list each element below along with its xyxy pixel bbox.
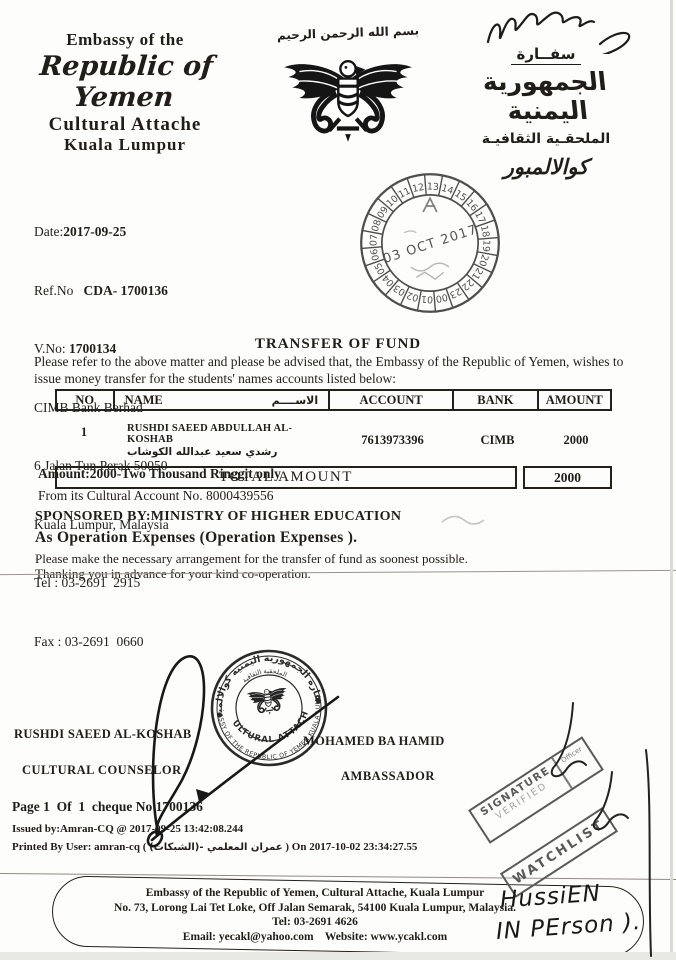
cell-name: RUSHDI SAEED ABDULLAH AL-KOSHAB رشدي سعي… <box>113 423 330 458</box>
embassy-line3: Cultural Attache <box>16 114 234 136</box>
sponsored-by-line: SPONSORED BY:MINISTRY OF HIGHER EDUCATIO… <box>35 509 401 525</box>
faint-arabic-scribble <box>442 516 484 524</box>
printed-arabic-name: عمران المعلمي -(الشبكات) <box>149 842 282 853</box>
stamp-hour-number: 12 <box>411 182 425 195</box>
bismillah-calligraphy: بسم الله الرحمن الرحيم <box>258 23 438 43</box>
embassy-header-english: Embassy of the Republic of Yemen Cultura… <box>16 30 234 155</box>
student-name-en: RUSHDI SAEED ABDULLAH AL-KOSHAB <box>127 423 330 445</box>
yemen-coat-of-arms-icon <box>278 48 418 166</box>
stamp-hour-number: 01 <box>421 293 434 305</box>
footer-line1: Embassy of the Republic of Yemen, Cultur… <box>80 886 550 901</box>
student-name-ar: رشدي سعيد عبدالله الكوشاب <box>127 446 277 458</box>
cell-account: 7613973396 <box>330 423 455 458</box>
date-value: 2017-09-25 <box>63 224 126 239</box>
header-name-en: NAME <box>125 393 163 408</box>
printed-prefix: Printed By User: amran-cq ( <box>12 841 149 853</box>
embassy-line4: Kuala Lumpur <box>16 135 234 155</box>
header-bank: BANK <box>454 391 538 409</box>
arabic-cultural-attache: الملحقـية الثقافيـة <box>440 131 652 147</box>
stamp-hour-number: 13 <box>427 181 440 193</box>
date-label: Date: <box>34 224 63 239</box>
stamp-center-date: 03 OCT 2017 <box>381 222 479 267</box>
request-line: Please make the necessary arrangement fo… <box>35 551 468 567</box>
document-title: TRANSFER OF FUND <box>0 336 676 353</box>
cell-bank: CIMB <box>455 423 540 458</box>
stamp-hour-number: 07 <box>368 234 380 247</box>
ref-label: Ref.No <box>34 283 73 298</box>
document-page: Embassy of the Republic of Yemen Cultura… <box>0 0 676 960</box>
footer-line2: No. 73, Lorong Lai Tet Loke, Off Jalan S… <box>80 901 550 916</box>
arabic-republic-of-yemen: الجمهورية اليمنية <box>437 67 655 125</box>
received-date-stamp: 0001020304050607080910111213141516171819… <box>344 157 516 329</box>
header-amount: AMOUNT <box>539 391 610 409</box>
intro-line2: issue money transfer for the students' n… <box>34 371 666 388</box>
printed-by-line: Printed By User: amran-cq ( عمران المعلم… <box>12 841 417 853</box>
counselor-name: RUSHDI SAEED AL-KOSHAB <box>14 727 191 742</box>
stamp-hour-number: 00 <box>435 291 449 304</box>
cell-amount: 2000 <box>540 423 612 458</box>
embassy-line1: Embassy of the <box>16 30 234 50</box>
signature-word: SIGNATURE <box>472 761 559 823</box>
cell-no: 1 <box>55 423 113 458</box>
scan-edge-bottom <box>0 952 676 960</box>
header-name: NAME الاســــم <box>115 391 331 409</box>
embassy-round-seal: سفارة الجمهورية اليمنية كوالالمبور الملح… <box>201 640 337 776</box>
stamp-hour-number: 06 <box>369 248 382 262</box>
footer-line3: Tel: 03-2691 4626 <box>80 915 550 930</box>
stamp-hour-number: 18 <box>478 224 491 238</box>
intro-line1: Please refer to the above matter and ple… <box>34 354 666 371</box>
operation-expenses-line: As Operation Expenses (Operation Expense… <box>35 529 357 547</box>
header-no: NO <box>57 391 115 409</box>
signature-verified-text: SIGNATURE VERIFIED <box>471 759 571 841</box>
arabic-embassy-word: سفــارة <box>511 45 582 65</box>
footer-line4: Email: yecakl@yahoo.com Website: www.yca… <box>80 930 550 945</box>
table-row: 1 RUSHDI SAEED ABDULLAH AL-KOSHAB رشدي س… <box>55 411 612 464</box>
footer-address-block: Embassy of the Republic of Yemen, Cultur… <box>80 886 550 944</box>
ambassador-title: AMBASSADOR <box>341 769 435 784</box>
embassy-line2: Republic of Yemen <box>13 51 236 113</box>
ref-value: CDA- 1700136 <box>84 283 168 298</box>
stamp-hour-number: 19 <box>480 240 492 253</box>
header-account: ACCOUNT <box>330 391 454 409</box>
header-name-ar: الاســــم <box>272 394 318 407</box>
ref-line: Ref.No CDA- 1700136 <box>34 281 169 301</box>
table-header-row: NO NAME الاســــم ACCOUNT BANK AMOUNT <box>55 389 612 411</box>
date-line: Date:2017-09-25 <box>34 222 169 242</box>
printed-suffix: ) On 2017-10-02 23:34:27.55 <box>283 841 418 853</box>
cultural-account-line: From its Cultural Account No. 8000439556 <box>38 488 274 504</box>
amount-in-words-line: Amount:2000-Two Thousand Ringgit only <box>38 466 281 482</box>
fax-line: Fax : 03-2691 0660 <box>34 632 169 652</box>
counselor-title: CULTURAL COUNSELOR <box>22 763 182 778</box>
scan-edge-right <box>670 0 673 960</box>
total-amount-value: 2000 <box>523 466 612 489</box>
intro-paragraph: Please refer to the above matter and ple… <box>34 354 666 387</box>
page-cheque-line: Page 1 Of 1 cheque No 1700136 <box>12 799 203 815</box>
issued-by-line: Issued by:Amran-CQ @ 2017-09-25 13:42:08… <box>12 823 243 835</box>
